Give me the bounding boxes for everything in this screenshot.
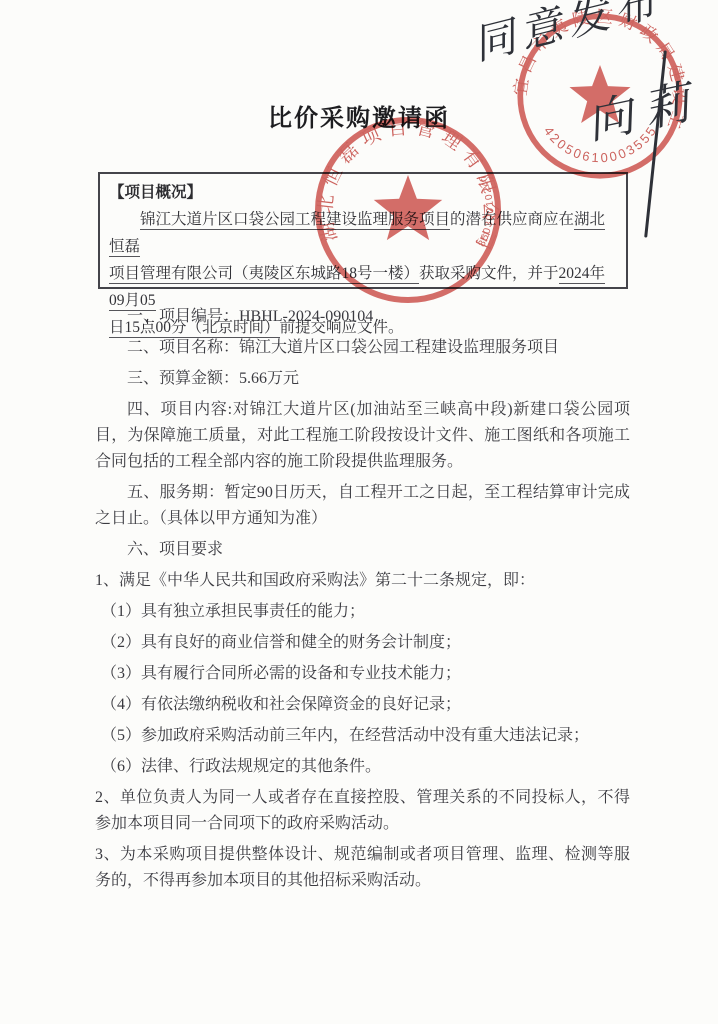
scanned-document-page: 比价采购邀请函 同意发布 向莉 宜昌市夷陵区财政局建设工程科 420506100… — [0, 0, 718, 1024]
underlined-text: 锦江大道片区口袋公园工程建设监理服务项目 — [140, 211, 450, 230]
body-paragraph: （4）有依法缴纳税收和社会保障资金的良好记录； — [95, 692, 630, 718]
underlined-text: 项目管理有限公司（夷陵区东城路18号一楼） — [109, 265, 419, 284]
body-paragraph: （2）具有良好的商业信誉和健全的财务会计制度； — [95, 630, 630, 656]
overview-paragraph: 锦江大道片区口袋公园工程建设监理服务项目的潜在供应商应在湖北恒磊项目管理有限公司… — [109, 206, 617, 341]
overview-heading: 【项目概况】 — [109, 179, 617, 206]
plain-text: 获取采购文件，并于 — [419, 265, 559, 282]
body-paragraph: 1、满足《中华人民共和国政府采购法》第二十二条规定，即： — [95, 568, 630, 594]
document-title: 比价采购邀请函 — [0, 98, 718, 133]
plain-text: 的潜在供应商应在 — [450, 211, 574, 228]
handwritten-pen-stroke — [644, 50, 667, 237]
body-paragraph: （5）参加政府采购活动前三年内，在经营活动中没有重大违法记录； — [95, 723, 630, 749]
body-paragraph: （3）具有履行合同所必需的设备和专业技术能力； — [95, 661, 630, 687]
body-paragraph: 3、为本采购项目提供整体设计、规范编制或者项目管理、监理、检测等服务的，不得再参… — [95, 842, 630, 894]
body-paragraph: 六、项目要求 — [95, 537, 630, 563]
body-paragraph: （1）具有独立承担民事责任的能力； — [95, 599, 630, 625]
underlined-text: 日15点00分（北京时间） — [109, 319, 280, 338]
document-body: 一、项目编号：HBHL-2024-090104二、项目名称：锦江大道片区口袋公园… — [95, 299, 630, 899]
project-overview-box: 【项目概况】 锦江大道片区口袋公园工程建设监理服务项目的潜在供应商应在湖北恒磊项… — [98, 172, 628, 289]
body-paragraph: 四、项目内容:对锦江大道片区(加油站至三峡高中段)新建口袋公园项目，为保障施工质… — [95, 397, 630, 475]
body-paragraph: 三、预算金额：5.66万元 — [95, 366, 630, 392]
handwritten-approval-note: 同意发布 — [466, 0, 667, 72]
plain-text: 前提交响应文件。 — [280, 319, 404, 336]
body-paragraph: （6）法律、行政法规规定的其他条件。 — [95, 754, 630, 780]
body-paragraph: 2、单位负责人为同一人或者存在直接控股、管理关系的不同投标人，不得参加本项目同一… — [95, 785, 630, 837]
body-paragraph: 五、服务期：暂定90日历天，自工程开工之日起，至工程结算审计完成之日止。（具体以… — [95, 480, 630, 532]
